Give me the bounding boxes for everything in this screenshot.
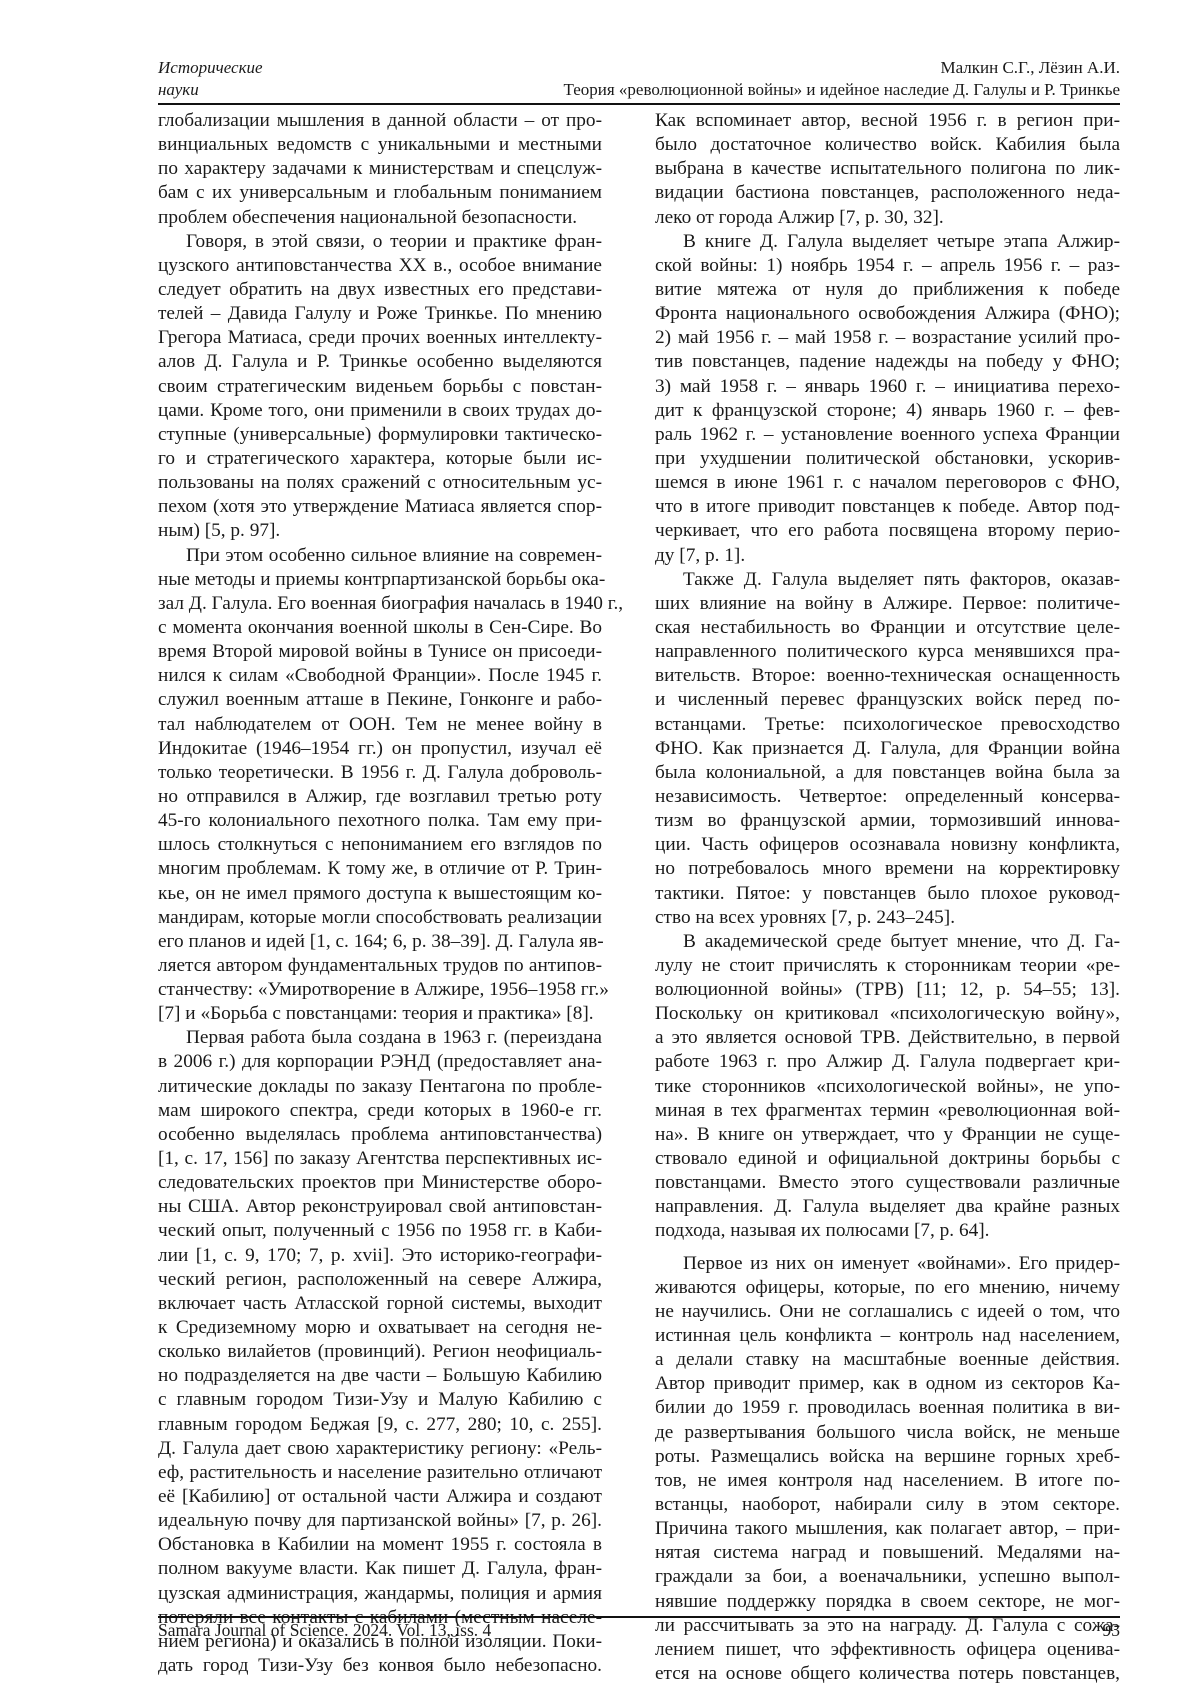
text-line: ство на всех уровнях [7, p. 243–245]. [655,906,1120,930]
text-line: подхода, называя их полюсами [7, p. 64]. [655,1219,1120,1243]
text-line: го и стратегического характера, которые … [158,447,602,471]
text-line: лии [1, с. 9, 170; 7, p. xvii]. Это исто… [158,1244,602,1268]
text-line: Индокитае (1946–1954 гг.) он пропустил, … [158,737,602,761]
text-line: встанцы, наоборот, набирали силу в этом … [655,1493,1120,1517]
text-line: но подразделяется на две части – Большую… [158,1364,602,1388]
text-line: алов Д. Галула и Р. Тринкье особенно выд… [158,350,602,374]
text-line: В книге Д. Галула выделяет четыре этапа … [655,230,1120,254]
text-line: нявшие поддержку порядка в своем секторе… [655,1590,1120,1614]
text-line: Автор приводит пример, как в одном из се… [655,1372,1120,1396]
text-line: Причина такого мышления, как полагает ав… [655,1517,1120,1541]
text-line: главным городом Беджая [9, с. 277, 280; … [158,1413,602,1437]
text-line: только теоретически. В 1956 г. Д. Галула… [158,761,602,785]
text-line: направленного политического курса менявш… [655,640,1120,664]
text-line: глобализации мышления в данной области –… [158,109,602,133]
text-line: ская нестабильность во Франции и отсутст… [655,616,1120,640]
text-line: полном вакууме власти. Как пишет Д. Галу… [158,1557,602,1581]
text-line: истинная цель конфликта – контроль над н… [655,1324,1120,1348]
text-line: винциальных ведомств с уникальными и мес… [158,133,602,157]
text-line: ческий опыт, полученный с 1956 по 1958 г… [158,1219,602,1243]
text-line: но отправился в Алжир, где возглавил тре… [158,785,602,809]
text-line: Как вспоминает автор, весной 1956 г. в р… [655,109,1120,133]
header-rule [158,103,1120,105]
text-line: 3) май 1958 г. – январь 1960 г. – инициа… [655,375,1120,399]
text-line: шлось столкнуться с непониманием его взг… [158,833,602,857]
text-line: а делали ставку на масштабные военные де… [655,1348,1120,1372]
text-line: особенно выделялась проблема антиповстан… [158,1123,602,1147]
text-line: видации бастиона повстанцев, расположенн… [655,181,1120,205]
text-line: с главным городом Тизи-Узу и Малую Кабил… [158,1388,602,1412]
text-line: своим стратегическим виденьем борьбы с п… [158,375,602,399]
text-line: а это является основой ТРВ. Действительн… [655,1026,1120,1050]
text-line: Поскольку он критиковал «психологическую… [655,1002,1120,1026]
text-line: что в итоге приводит повстанцев к победе… [655,495,1120,519]
page-number: 93 [1103,1620,1121,1641]
text-line: зал Д. Галула. Его военная биография нач… [158,592,602,616]
running-header-section: Исторические науки [158,57,263,101]
text-line: служил военным атташе в Пекине, Гонконге… [158,688,602,712]
text-line: Первое из них он именует «войнами». Его … [655,1252,1120,1276]
text-line: при ухудшении политической обстановки, у… [655,447,1120,471]
text-line: витие мятежа от нуля до приближения к по… [655,278,1120,302]
text-line: цами. Кроме того, они применили в своих … [158,399,602,423]
text-line: кье, он не имел прямого доступа к вышест… [158,882,602,906]
text-line: дать город Тизи-Узу без конвоя было небе… [158,1654,602,1678]
text-line: литические доклады по заказу Пентагона п… [158,1075,602,1099]
text-line: выбрана в качестве испытательного полиго… [655,157,1120,181]
text-line: ется на основе общего количества потерь … [655,1662,1120,1686]
text-line: повстанцами. Вместо этого существовали р… [655,1171,1120,1195]
text-line: При этом особенно сильное влияние на сов… [158,544,602,568]
text-line: работе 1963 г. про Алжир Д. Галула подве… [655,1050,1120,1074]
header-authors: Малкин С.Г., Лёзин А.И. [563,57,1120,79]
text-line: Грегора Матиаса, среди прочих военных ин… [158,326,602,350]
text-line: Первая работа была создана в 1963 г. (пе… [158,1026,602,1050]
text-line: ду [7, p. 1]. [655,544,1120,568]
text-line: раль 1962 г. – установление военного усп… [655,423,1120,447]
text-line: телей – Давида Галулу и Роже Тринкье. По… [158,302,602,326]
text-line: Говоря, в этой связи, о теории и практик… [158,230,602,254]
text-line: живаются офицеры, которые, по его мнению… [655,1276,1120,1300]
body-column-right: Как вспоминает автор, весной 1956 г. в р… [655,109,1120,1686]
text-line: [7] и «Борьба с повстанцами: теория и пр… [158,1002,602,1026]
text-line: время Второй мировой войны в Тунисе он п… [158,640,602,664]
text-line: не научились. Они не соглашались с идеей… [655,1300,1120,1324]
text-line: тактики. Пятое: у повстанцев было плохое… [655,882,1120,906]
text-line: де развертывания большого числа войск, н… [655,1421,1120,1445]
text-line: ших влияние на войну в Алжире. Первое: п… [655,592,1120,616]
text-line: пользованы на полях сражений с относител… [158,471,602,495]
text-line: нятая система наград и повышений. Медаля… [655,1541,1120,1565]
text-line: ствовало единой и официальной доктрины б… [655,1147,1120,1171]
footer-rule [158,1616,1120,1618]
paragraph-gap [655,1244,1120,1252]
text-line: его планов и идей [1, с. 164; 6, p. 38–3… [158,930,602,954]
text-line: её [Кабилию] от остальной части Алжира и… [158,1485,602,1509]
text-line: тив повстанцев, падение надежды на побед… [655,350,1120,374]
text-line: Д. Галула дает свою характеристику регио… [158,1437,602,1461]
text-line: пехом (хотя это утверждение Матиаса явля… [158,495,602,519]
text-line: тов, не имея контроля над населением. В … [655,1469,1120,1493]
text-line: дит к французской стороне; 4) январь 196… [655,399,1120,423]
body-column-left: глобализации мышления в данной области –… [158,109,602,1678]
text-line: с момента окончания военной школы в Сен-… [158,616,602,640]
text-line: Обстановка в Кабилии на момент 1955 г. с… [158,1533,602,1557]
footer-journal-citation: Samara Journal of Science. 2024. Vol. 13… [158,1620,491,1641]
text-line: по характеру задачами к министерствам и … [158,157,602,181]
text-line: проблем обеспечения национальной безопас… [158,206,602,230]
text-line: ные методы и приемы контрпартизанской бо… [158,568,602,592]
text-line: цузская администрация, жандармы, полиция… [158,1582,602,1606]
text-line: тал наблюдателем от ООН. Тем не менее во… [158,713,602,737]
text-line: в 2006 г.) для корпорации РЭНД (предоста… [158,1050,602,1074]
text-line: еф, растительность и население разительн… [158,1461,602,1485]
text-line: ческий регион, расположенный на севере А… [158,1268,602,1292]
text-line: тике сторонников «психологической войны»… [655,1075,1120,1099]
text-line: лулу не стоит причислять к сторонникам т… [655,954,1120,978]
section-name-line2: науки [158,79,263,101]
text-line: роты. Размещались войска на вершине горн… [655,1445,1120,1469]
text-line: Фронта национального освобождения Алжира… [655,302,1120,326]
text-line: была колониальной, а для повстанцев войн… [655,761,1120,785]
text-line: ны США. Автор реконструировал свой антип… [158,1195,602,1219]
text-line: черкивает, что его работа посвящена втор… [655,519,1120,543]
text-line: 2) май 1956 г. – май 1958 г. – возрастан… [655,326,1120,350]
text-line: независимость. Четвертое: определенный к… [655,785,1120,809]
text-line: ступные (универсальные) формулировки так… [158,423,602,447]
text-line: включает часть Атласской горной системы,… [158,1292,602,1316]
text-line: к Средиземному морю и охватывает на сего… [158,1316,602,1340]
text-line: следует обратить на двух известных его п… [158,278,602,302]
text-line: Также Д. Галула выделяет пять факторов, … [655,568,1120,592]
text-line: ции. Часть офицеров осознавала новизну к… [655,833,1120,857]
text-line: мандирам, которые могли способствовать р… [158,906,602,930]
text-line: нился к силам «Свободной Франции». После… [158,664,602,688]
text-line: станчеству: «Умиротворение в Алжире, 195… [158,978,602,1002]
header-article-title: Теория «революционной войны» и идейное н… [563,79,1120,101]
text-line: В академической среде бытует мнение, что… [655,930,1120,954]
text-line: следовательских проектов при Министерств… [158,1171,602,1195]
text-line: тизм во французской армии, тормозивший и… [655,809,1120,833]
text-line: ляется автором фундаментальных трудов по… [158,954,602,978]
text-line: граждали за бои, а военачальники, успешн… [655,1565,1120,1589]
text-line: но потребовалось много времени на коррек… [655,857,1120,881]
text-line: 45-го колониального пехотного полка. Там… [158,809,602,833]
text-line: цузского антиповстанчества XX в., особое… [158,254,602,278]
text-line: ФНО. Как признается Д. Галула, для Франц… [655,737,1120,761]
text-line: вительств. Второе: военно-техническая ос… [655,664,1120,688]
text-line: и численный перевес французских войск пе… [655,688,1120,712]
text-line: ным) [5, p. 97]. [158,519,602,543]
text-line: идеальную почву для партизанской войны» … [158,1509,602,1533]
text-line: леко от города Алжир [7, p. 30, 32]. [655,206,1120,230]
text-line: лением пишет, что эффективность офицера … [655,1638,1120,1662]
text-line: [1, с. 17, 156] по заказу Агентства перс… [158,1147,602,1171]
text-line: встанцами. Третье: психологическое прево… [655,713,1120,737]
text-line: бам с их универсальным и глобальным пони… [158,181,602,205]
section-name-line1: Исторические [158,57,263,79]
text-line: на». В книге он утверждает, что у Франци… [655,1123,1120,1147]
running-header-article: Малкин С.Г., Лёзин А.И. Теория «революци… [563,57,1120,101]
text-line: билии до 1959 г. проводилась военная пол… [655,1396,1120,1420]
text-line: сколько вилайетов (провинций). Регион не… [158,1340,602,1364]
text-line: мам широкого спектра, среди которых в 19… [158,1099,602,1123]
text-line: волюционной войны» (ТРВ) [11; 12, p. 54–… [655,978,1120,1002]
text-line: направления. Д. Галула выделяет два край… [655,1195,1120,1219]
text-line: многим проблемам. К тому же, в отличие о… [158,857,602,881]
text-line: шемся в июне 1961 г. с началом переговор… [655,471,1120,495]
text-line: было достаточное количество войск. Кабил… [655,133,1120,157]
text-line: миная в тех фрагментах термин «революцио… [655,1099,1120,1123]
text-line: ской войны: 1) ноябрь 1954 г. – апрель 1… [655,254,1120,278]
